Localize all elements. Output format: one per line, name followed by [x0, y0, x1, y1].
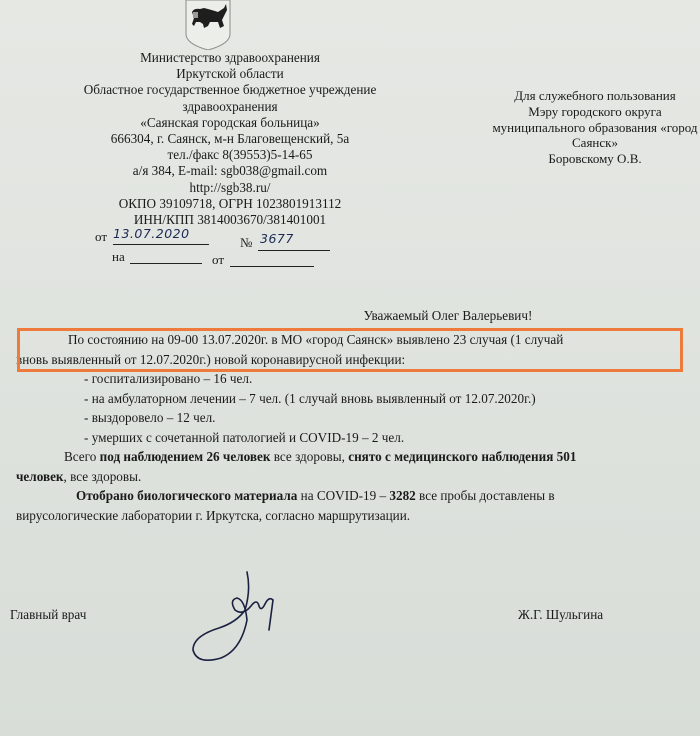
document-date: 13.07.2020	[113, 226, 190, 241]
number-underline	[258, 250, 330, 251]
recipient-line: Мэру городского округа	[470, 104, 700, 120]
samples-line1: Отобрано биологического материала на COV…	[16, 486, 700, 506]
org-line: Областное государственное бюджетное учре…	[40, 82, 380, 98]
org-phone: тел./факс 8(39553)5-14-65	[40, 147, 380, 163]
observation-line2: человек, все здоровы.	[16, 467, 700, 487]
text: на COVID-19 –	[297, 488, 389, 503]
date-label: от	[95, 229, 107, 245]
org-website: http://sgb38.ru/	[40, 180, 380, 196]
reply-date-underline	[230, 266, 314, 267]
letter-page: Министерство здравоохранения Иркутской о…	[0, 0, 700, 736]
reply-date-label: от	[212, 252, 224, 268]
org-inn: ИНН/КПП 3814003670/381401001	[40, 212, 380, 228]
coat-of-arms-icon	[178, 0, 236, 50]
org-line: «Саянская городская больница»	[40, 115, 380, 131]
list-item: - выздоровело – 12 чел.	[16, 408, 700, 428]
organization-header: Министерство здравоохранения Иркутской о…	[40, 50, 380, 228]
org-address: 666304, г. Саянск, м-н Благовещенский, 5…	[40, 131, 380, 147]
text: Отобрано биологического материала	[76, 488, 297, 503]
org-line: Иркутской области	[40, 66, 380, 82]
recipient-block: Для служебного пользования Мэру городско…	[470, 88, 700, 167]
text: человек	[16, 469, 64, 484]
released-count: снято с медицинского наблюдения 501	[348, 449, 576, 464]
highlight-box	[17, 328, 683, 372]
text: , все здоровы.	[64, 469, 142, 484]
number-label: №	[240, 235, 252, 251]
date-underline	[113, 244, 209, 245]
list-item: - умерших с сочетанной патологией и COVI…	[16, 428, 700, 448]
list-item: - на амбулаторном лечении – 7 чел. (1 сл…	[16, 389, 700, 409]
greeting: Уважаемый Олег Валерьевич!	[0, 308, 700, 324]
org-okpo: ОКПО 39109718, ОГРН 1023801913112	[40, 196, 380, 212]
recipient-line: Для служебного пользования	[470, 88, 700, 104]
observation-line1: Всего под наблюдением 26 человек все здо…	[16, 447, 700, 467]
recipient-line: муниципального образования «город	[470, 120, 700, 136]
samples-line2: вирусологические лаборатории г. Иркутска…	[16, 506, 700, 526]
text: все здоровы,	[270, 449, 348, 464]
org-email: а/я 384, E-mail: sgb038@gmail.com	[40, 163, 380, 179]
handwritten-signature-icon	[185, 570, 295, 665]
greeting-text: Уважаемый Олег Валерьевич!	[364, 308, 533, 323]
document-number: 3677	[260, 231, 294, 246]
reply-to-underline	[130, 263, 202, 264]
signatory-name: Ж.Г. Шульгина	[518, 607, 603, 623]
signatory-title: Главный врач	[10, 607, 86, 623]
org-line: Министерство здравоохранения	[40, 50, 380, 66]
text: Всего	[64, 449, 100, 464]
reply-to-label: на	[112, 249, 125, 265]
recipient-line: Саянск»	[470, 135, 700, 151]
recipient-name: Боровскому О.В.	[470, 151, 700, 167]
samples-count: 3282	[389, 488, 415, 503]
observed-count: под наблюдением 26 человек	[100, 449, 271, 464]
org-line: здравоохранения	[40, 99, 380, 115]
text: все пробы доставлены в	[416, 488, 555, 503]
